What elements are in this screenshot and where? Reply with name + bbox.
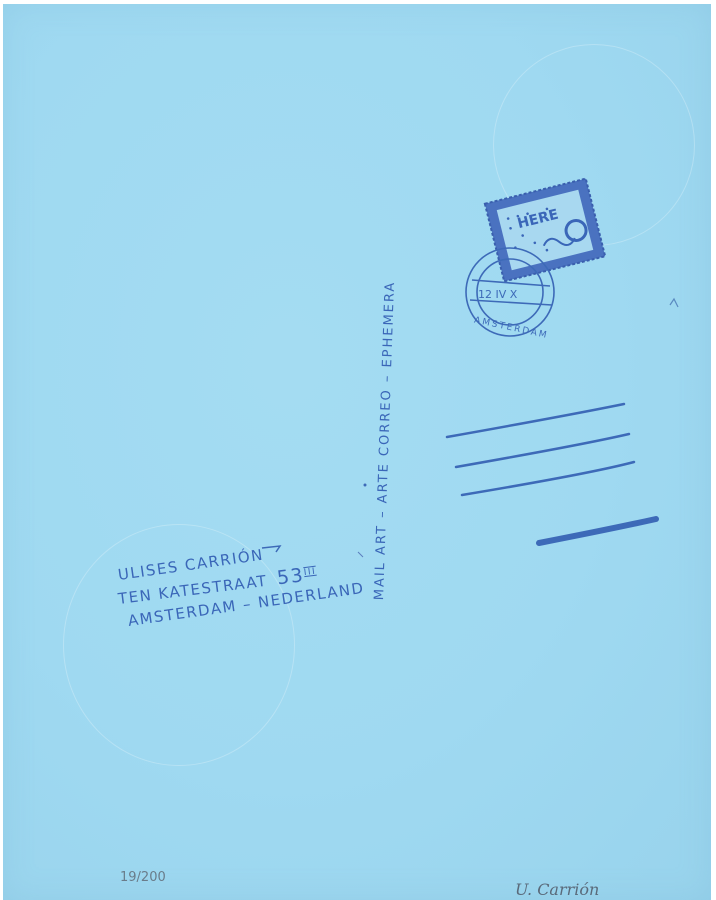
address-lines xyxy=(447,404,656,543)
ink-mark xyxy=(358,552,363,557)
ink-dot xyxy=(364,484,367,487)
ink-mark xyxy=(670,299,678,307)
postmark-date: 12 IV X xyxy=(478,288,518,301)
artist-signature: U. Carrión xyxy=(515,880,599,899)
address-number: 53 xyxy=(276,564,306,589)
postcard-drawing: HERE 12 IV X AMSTERDAM xyxy=(0,0,716,900)
address-floor: III xyxy=(303,567,317,578)
ink-mark xyxy=(262,546,280,552)
edition-number: 19/200 xyxy=(120,870,166,885)
